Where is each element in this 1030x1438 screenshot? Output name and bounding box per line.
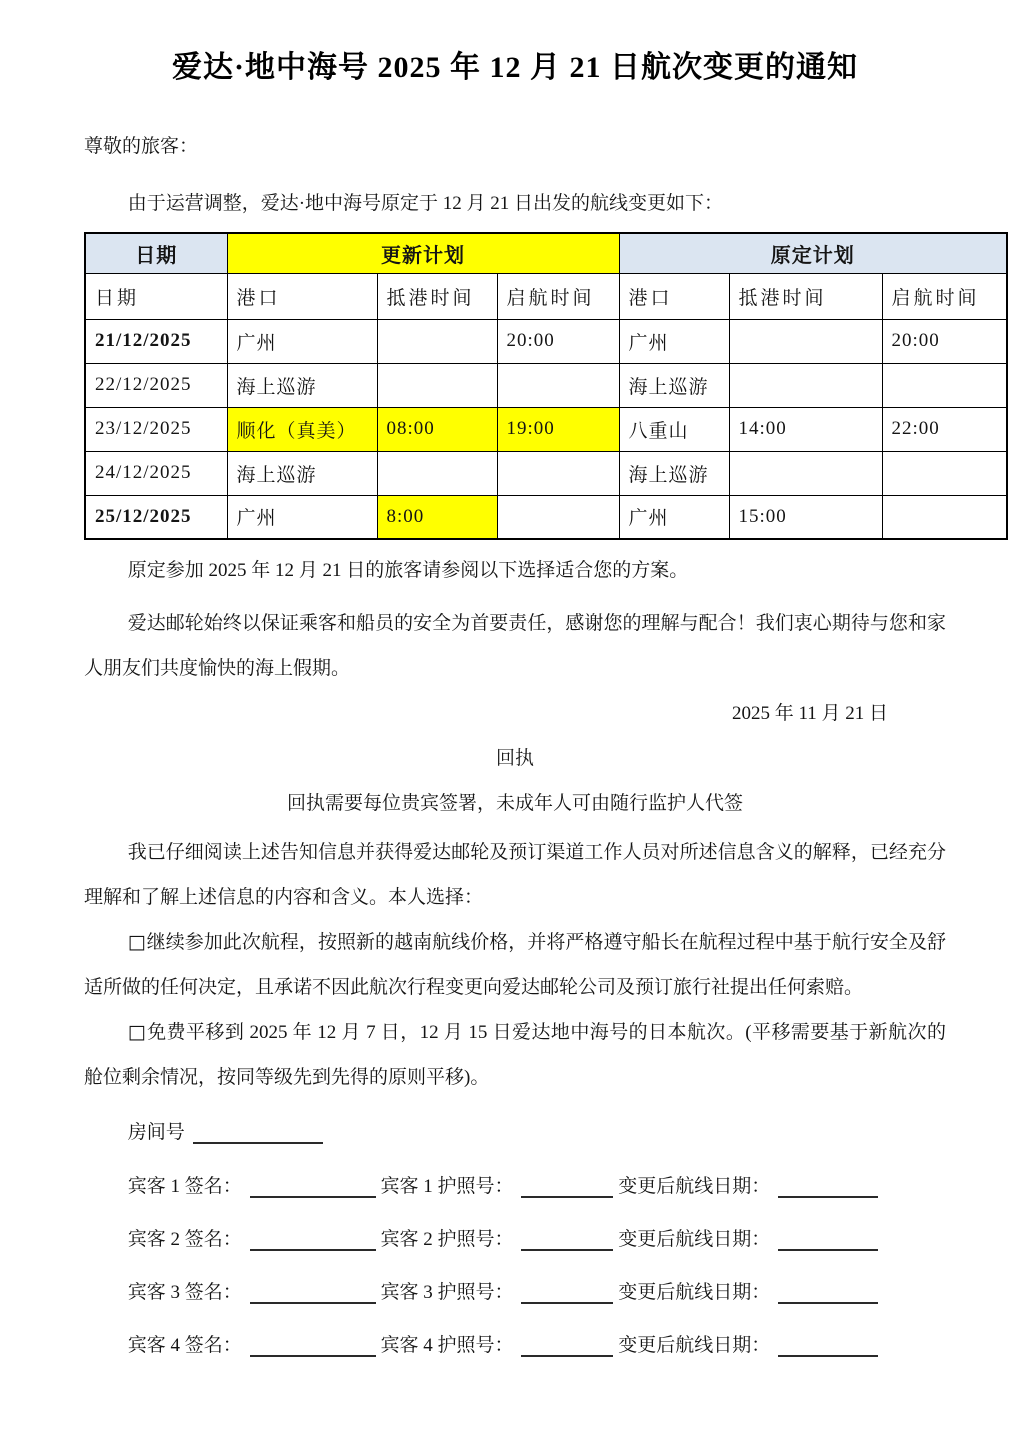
cell-original-port: 八重山 xyxy=(619,407,729,451)
guest-1-sign-label: 宾客 1 签名： xyxy=(128,1176,242,1197)
guest-1-route-date-field[interactable] xyxy=(778,1179,878,1198)
option-free-transfer: □免费平移到 2025 年 12 月 7 日，12 月 15 日爱达地中海号的日… xyxy=(84,1010,946,1100)
guest-3-route-date-field[interactable] xyxy=(778,1285,878,1304)
guest-1-signature-field[interactable] xyxy=(250,1179,376,1198)
subheader-updated-port: 港口 xyxy=(227,273,377,319)
subheader-date: 日期 xyxy=(85,273,227,319)
guest-1-signature-row: 宾客 1 签名： 宾客 1 护照号： 变更后航线日期： xyxy=(128,1160,946,1213)
cell-date: 22/12/2025 xyxy=(85,363,227,407)
room-number-row: 房间号 xyxy=(128,1110,946,1160)
cell-original-arrival: 14:00 xyxy=(729,407,882,451)
page-title: 爱达·地中海号 2025 年 12 月 21 日航次变更的通知 xyxy=(84,46,946,90)
checkbox-icon[interactable]: □ xyxy=(128,1021,146,1043)
cell-original-port: 广州 xyxy=(619,495,729,539)
table-subheader-row: 日期 港口 抵港时间 启航时间 港口 抵港时间 启航时间 xyxy=(85,273,1007,319)
cell-updated-departure: 20:00 xyxy=(497,319,619,363)
subheader-original-arrival: 抵港时间 xyxy=(729,273,882,319)
cell-updated-arrival: 08:00 xyxy=(377,407,497,451)
room-number-field[interactable] xyxy=(193,1125,323,1144)
cell-original-arrival xyxy=(729,363,882,407)
subheader-original-departure: 启航时间 xyxy=(882,273,1007,319)
subheader-updated-arrival: 抵港时间 xyxy=(377,273,497,319)
table-row: 25/12/2025 广州 8:00 广州 15:00 xyxy=(85,495,1007,539)
column-group-updated-plan: 更新计划 xyxy=(227,233,619,273)
option-continue-voyage: □继续参加此次航程，按照新的越南航线价格，并将严格遵守船长在航程过程中基于航行安… xyxy=(84,920,946,1010)
guest-4-signature-field[interactable] xyxy=(250,1338,376,1357)
cell-updated-departure: 19:00 xyxy=(497,407,619,451)
acknowledgement-paragraph: 我已仔细阅读上述告知信息并获得爱达邮轮及预订渠道工作人员对所述信息含义的解释，已… xyxy=(84,830,946,920)
cell-updated-port: 海上巡游 xyxy=(227,451,377,495)
cell-updated-departure xyxy=(497,363,619,407)
itinerary-change-table: 日期 更新计划 原定计划 日期 港口 抵港时间 启航时间 港口 抵港时间 启航时… xyxy=(84,232,1008,540)
cell-date: 25/12/2025 xyxy=(85,495,227,539)
cell-updated-departure xyxy=(497,495,619,539)
cell-date: 24/12/2025 xyxy=(85,451,227,495)
cell-original-departure xyxy=(882,495,1007,539)
guest-2-signature-row: 宾客 2 签名： 宾客 2 护照号： 变更后航线日期： xyxy=(128,1213,946,1266)
column-group-date: 日期 xyxy=(85,233,227,273)
table-row: 23/12/2025 顺化（真美） 08:00 19:00 八重山 14:00 … xyxy=(85,407,1007,451)
cell-original-departure: 20:00 xyxy=(882,319,1007,363)
guest-4-route-date-label: 变更后航线日期： xyxy=(618,1335,770,1356)
receipt-note: 回执需要每位贵宾签署，未成年人可由随行监护人代签 xyxy=(84,781,946,826)
cell-updated-port: 海上巡游 xyxy=(227,363,377,407)
after-table-paragraph: 原定参加 2025 年 12 月 21 日的旅客请参阅以下选择适合您的方案。 xyxy=(84,548,946,593)
subheader-original-port: 港口 xyxy=(619,273,729,319)
table-row: 24/12/2025 海上巡游 海上巡游 xyxy=(85,451,1007,495)
guest-2-passport-field[interactable] xyxy=(521,1232,613,1251)
intro-paragraph: 由于运营调整，爱达·地中海号原定于 12 月 21 日出发的航线变更如下： xyxy=(84,181,946,226)
issue-date: 2025 年 11 月 21 日 xyxy=(84,691,946,736)
salutation-text: 尊敬的旅客： xyxy=(84,124,946,169)
guest-1-passport-field[interactable] xyxy=(521,1179,613,1198)
guest-3-signature-row: 宾客 3 签名： 宾客 3 护照号： 变更后航线日期： xyxy=(128,1266,946,1319)
cell-original-arrival xyxy=(729,451,882,495)
checkbox-icon[interactable]: □ xyxy=(128,931,146,953)
cell-original-departure xyxy=(882,451,1007,495)
guest-2-passport-label: 宾客 2 护照号： xyxy=(380,1229,513,1250)
cell-updated-port: 广州 xyxy=(227,319,377,363)
option-continue-text: 继续参加此次航程，按照新的越南航线价格，并将严格遵守船长在航程过程中基于航行安全… xyxy=(84,932,946,998)
subheader-updated-departure: 启航时间 xyxy=(497,273,619,319)
cell-original-port: 海上巡游 xyxy=(619,451,729,495)
receipt-title: 回执 xyxy=(84,736,946,781)
guest-4-signature-row: 宾客 4 签名： 宾客 4 护照号： 变更后航线日期： xyxy=(128,1319,946,1372)
guest-1-route-date-label: 变更后航线日期： xyxy=(618,1176,770,1197)
cell-updated-arrival: 8:00 xyxy=(377,495,497,539)
guest-2-route-date-field[interactable] xyxy=(778,1232,878,1251)
cell-original-port: 广州 xyxy=(619,319,729,363)
cell-updated-arrival xyxy=(377,363,497,407)
guest-2-signature-field[interactable] xyxy=(250,1232,376,1251)
cell-original-departure: 22:00 xyxy=(882,407,1007,451)
guest-4-route-date-field[interactable] xyxy=(778,1338,878,1357)
cell-original-port: 海上巡游 xyxy=(619,363,729,407)
table-row: 22/12/2025 海上巡游 海上巡游 xyxy=(85,363,1007,407)
guest-1-passport-label: 宾客 1 护照号： xyxy=(380,1176,513,1197)
cell-date: 21/12/2025 xyxy=(85,319,227,363)
guest-4-passport-label: 宾客 4 护照号： xyxy=(380,1335,513,1356)
guest-3-passport-field[interactable] xyxy=(521,1285,613,1304)
cell-updated-arrival xyxy=(377,451,497,495)
table-row: 21/12/2025 广州 20:00 广州 20:00 xyxy=(85,319,1007,363)
guest-4-passport-field[interactable] xyxy=(521,1338,613,1357)
cell-updated-arrival xyxy=(377,319,497,363)
table-group-header-row: 日期 更新计划 原定计划 xyxy=(85,233,1007,273)
cell-original-arrival xyxy=(729,319,882,363)
guest-3-signature-field[interactable] xyxy=(250,1285,376,1304)
notice-document: 爱达·地中海号 2025 年 12 月 21 日航次变更的通知 尊敬的旅客： 由… xyxy=(0,0,1030,1438)
cell-updated-port: 广州 xyxy=(227,495,377,539)
guest-2-sign-label: 宾客 2 签名： xyxy=(128,1229,242,1250)
cell-updated-departure xyxy=(497,451,619,495)
guest-2-route-date-label: 变更后航线日期： xyxy=(618,1229,770,1250)
room-number-label: 房间号 xyxy=(128,1122,185,1143)
column-group-original-plan: 原定计划 xyxy=(619,233,1007,273)
guest-3-passport-label: 宾客 3 护照号： xyxy=(380,1282,513,1303)
cell-date: 23/12/2025 xyxy=(85,407,227,451)
cell-updated-port: 顺化（真美） xyxy=(227,407,377,451)
cell-original-arrival: 15:00 xyxy=(729,495,882,539)
option-transfer-text: 免费平移到 2025 年 12 月 7 日，12 月 15 日爱达地中海号的日本… xyxy=(84,1022,946,1088)
guest-4-sign-label: 宾客 4 签名： xyxy=(128,1335,242,1356)
assurance-paragraph: 爱达邮轮始终以保证乘客和船员的安全为首要责任，感谢您的理解与配合！我们衷心期待与… xyxy=(84,601,946,691)
guest-3-route-date-label: 变更后航线日期： xyxy=(618,1282,770,1303)
guest-3-sign-label: 宾客 3 签名： xyxy=(128,1282,242,1303)
cell-original-departure xyxy=(882,363,1007,407)
